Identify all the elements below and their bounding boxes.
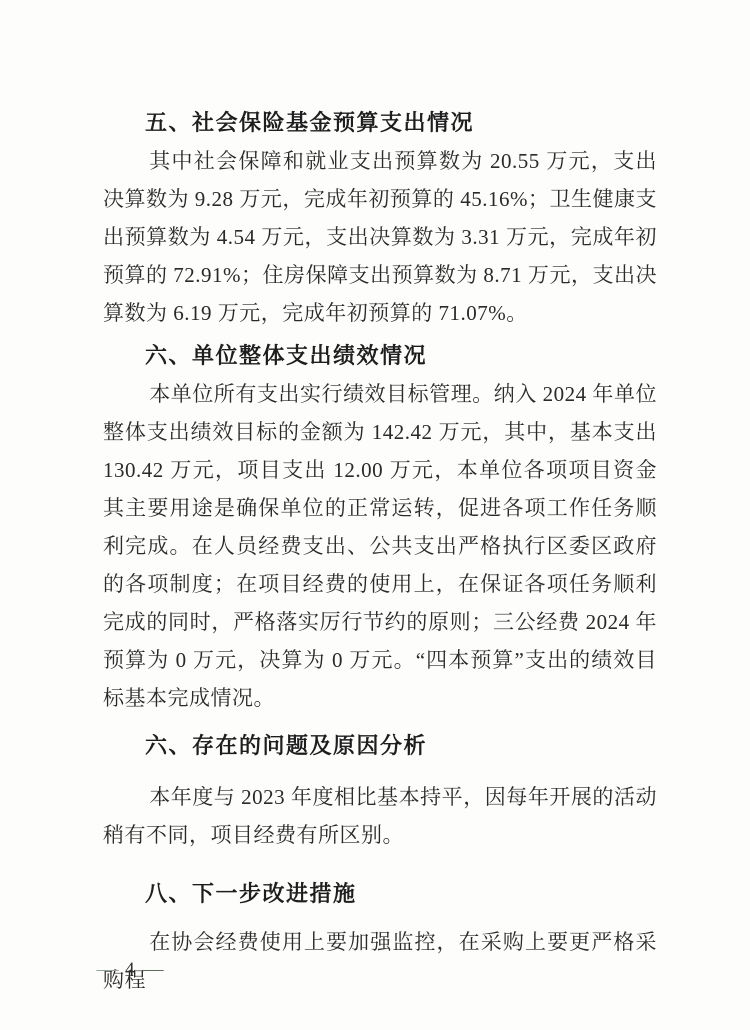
- document-content: 五、社会保险基金预算支出情况 其中社会保障和就业支出预算数为 20.55 万元，…: [0, 0, 750, 999]
- section-heading-improvements: 八、下一步改进措施: [145, 875, 657, 913]
- scanned-document-page: 五、社会保险基金预算支出情况 其中社会保障和就业支出预算数为 20.55 万元，…: [0, 0, 750, 1030]
- section-paragraph-improvements: 在协会经费使用上要加强监控，在采购上要更严格采购程: [103, 923, 657, 999]
- page-footer: — 4 —: [98, 958, 162, 982]
- section-next-step-improvements: 八、下一步改进措施 在协会经费使用上要加强监控，在采购上要更严格采购程: [103, 875, 657, 999]
- section-paragraph-problems: 本年度与 2023 年度相比基本持平，因每年开展的活动稍有不同，项目经费有所区别…: [103, 778, 657, 854]
- section-heading-problems: 六、存在的问题及原因分析: [145, 727, 657, 765]
- section-paragraph-social-insurance: 其中社会保障和就业支出预算数为 20.55 万元，支出决算数为 9.28 万元，…: [103, 142, 657, 332]
- section-paragraph-performance: 本单位所有支出实行绩效目标管理。纳入 2024 年单位整体支出绩效目标的金额为 …: [103, 375, 657, 717]
- page-number-dash-left: —: [97, 958, 119, 982]
- section-overall-expenditure-performance: 六、单位整体支出绩效情况 本单位所有支出实行绩效目标管理。纳入 2024 年单位…: [103, 337, 657, 717]
- section-heading-social-insurance: 五、社会保险基金预算支出情况: [145, 104, 657, 142]
- page-number: 4: [125, 958, 135, 982]
- section-problems-and-causes: 六、存在的问题及原因分析 本年度与 2023 年度相比基本持平，因每年开展的活动…: [103, 727, 657, 854]
- section-social-insurance-fund-expenditure: 五、社会保险基金预算支出情况 其中社会保障和就业支出预算数为 20.55 万元，…: [103, 104, 657, 332]
- page-number-dash-right: —: [141, 958, 163, 982]
- section-heading-performance: 六、单位整体支出绩效情况: [145, 337, 657, 375]
